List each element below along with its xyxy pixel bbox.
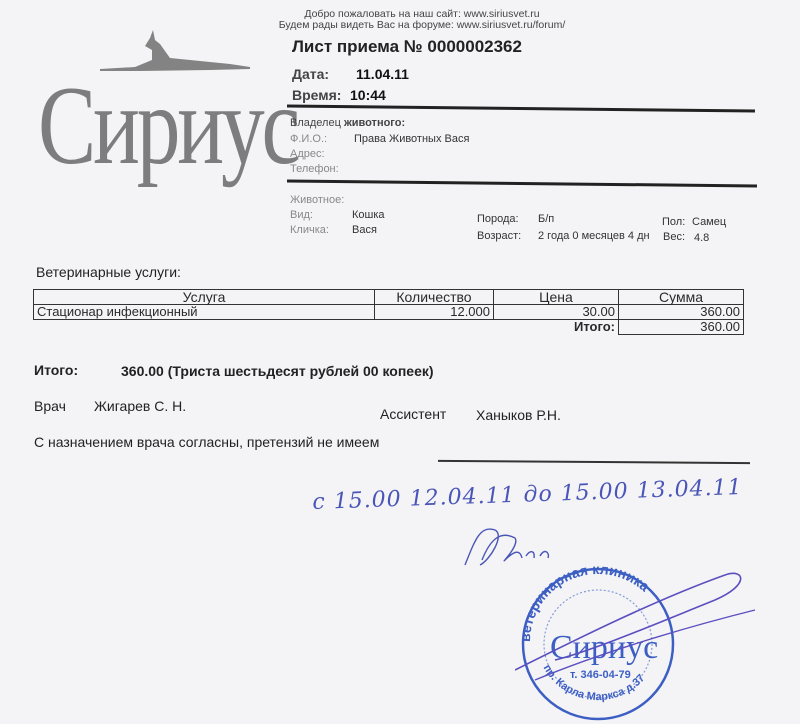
service-cell: Стационар инфекционный [34, 305, 375, 320]
time-value: 10:44 [350, 87, 386, 103]
species-label: Вид: [290, 209, 313, 221]
phone-label: Телефон: [290, 163, 339, 175]
table-total-label: Итого: [494, 320, 619, 335]
total-label: Итого: [34, 362, 78, 378]
sex-label: Пол: [662, 216, 685, 228]
services-table: Услуга Количество Цена Сумма Стационар и… [33, 289, 744, 335]
fio-label: Ф.И.О.: [290, 133, 327, 145]
assistant-label: Ассистент [380, 406, 446, 422]
column-header: Количество [375, 290, 494, 305]
species-value: Кошка [352, 209, 385, 221]
table-total-value: 360.00 [619, 320, 744, 335]
table-header-row: Услуга Количество Цена Сумма [34, 290, 744, 305]
date-value: 11.04.11 [356, 66, 409, 82]
owner-label-b: животного: [344, 117, 405, 129]
table-row: Стационар инфекционный 12.000 30.00 360.… [34, 305, 744, 320]
owner-label-a: Владелец [290, 117, 344, 129]
address-label: Адрес: [290, 148, 325, 160]
column-header: Услуга [34, 290, 375, 305]
age-value: 2 года 0 месяцев 4 дн [538, 230, 650, 242]
clinic-stamp-icon: ветеринарная клиника пр. Карла Маркса д.… [515, 560, 785, 724]
sum-cell: 360.00 [619, 305, 744, 320]
divider [287, 180, 757, 188]
time-label: Время: [292, 87, 341, 103]
animal-section-label: Животное: [290, 194, 344, 206]
breed-label: Порода: [477, 213, 519, 225]
divider [287, 105, 755, 113]
clinic-logo-text: Сириус [38, 70, 297, 182]
total-in-words: 360.00 (Триста шестьдесят рублей 00 копе… [121, 363, 434, 379]
document-title: Лист приема № 0000002362 [292, 37, 522, 57]
stamp-phone-text: т. 346-04-79 [570, 669, 631, 681]
weight-label: Вес: [663, 231, 685, 243]
age-label: Возраст: [477, 230, 521, 242]
assistant-name: Ханыков Р.Н. [476, 407, 561, 423]
qty-cell: 12.000 [375, 305, 494, 320]
pet-name-value: Вася [352, 224, 377, 236]
handwritten-note: с 15.00 12.04.11 до 15.00 13.04.11 [312, 475, 743, 515]
table-total-row: Итого: 360.00 [34, 320, 744, 335]
sex-value: Самец [692, 216, 726, 228]
welcome-text: Добро пожаловать на наш сайт: www.sirius… [262, 9, 582, 31]
consent-text: С назначением врача согласны, претензий … [34, 434, 379, 450]
fio-value: Права Животных Вася [354, 133, 469, 145]
stamp-center-text: Сириус [550, 629, 658, 666]
owner-section-label: Владелец животного: [290, 117, 405, 129]
pet-name-label: Кличка: [290, 224, 329, 236]
doctor-name: Жигарев С. Н. [94, 398, 186, 414]
signature-line [438, 460, 750, 464]
breed-value: Б/п [538, 213, 554, 225]
weight-value: 4.8 [694, 232, 709, 244]
services-heading: Ветеринарные услуги: [36, 264, 181, 280]
doctor-label: Врач [34, 398, 66, 414]
column-header: Цена [494, 290, 619, 305]
price-cell: 30.00 [494, 305, 619, 320]
forum-line: Будем рады видеть Вас на форуме: www.sir… [262, 20, 582, 31]
date-label: Дата: [292, 66, 329, 82]
column-header: Сумма [619, 290, 744, 305]
